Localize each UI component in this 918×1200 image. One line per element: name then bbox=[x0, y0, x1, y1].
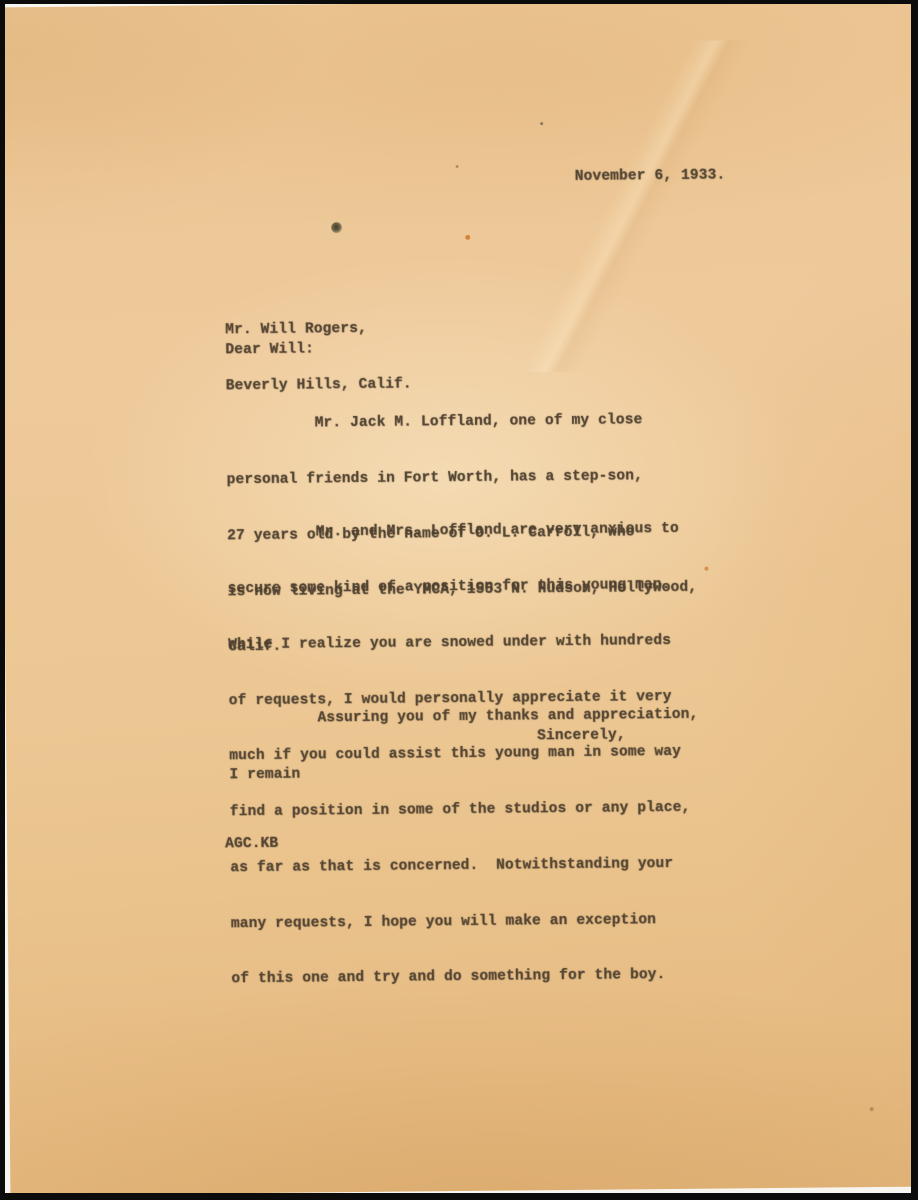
letter-line: While I realize you are snowed under wit… bbox=[228, 632, 689, 655]
letter-line: secure some kind of a position for this … bbox=[228, 576, 689, 599]
letter-line: Mr. Jack M. Loffland, one of my close bbox=[226, 411, 696, 434]
signoff: Sincerely, bbox=[537, 726, 626, 745]
paper-speck bbox=[465, 235, 470, 240]
paper-speck bbox=[870, 1107, 874, 1111]
paper-crease bbox=[419, 39, 842, 373]
letter-paper: November 6, 1933. Mr. Will Rogers, Bever… bbox=[5, 4, 911, 1193]
letter-line: Assuring you of my thanks and appreciati… bbox=[229, 706, 699, 729]
recipient-name: Mr. Will Rogers, bbox=[225, 320, 411, 340]
typist-initials: AGC.KB bbox=[225, 835, 278, 854]
letter-line: I remain bbox=[229, 762, 699, 785]
letter-line: many requests, I hope you will make an e… bbox=[231, 910, 692, 933]
scan-border-frame: November 6, 1933. Mr. Will Rogers, Bever… bbox=[0, 0, 918, 1200]
paragraph-3: Assuring you of my thanks and appreciati… bbox=[228, 669, 699, 822]
paper-speck bbox=[540, 122, 543, 125]
paper-speck bbox=[456, 165, 459, 168]
scan-background: November 6, 1933. Mr. Will Rogers, Bever… bbox=[5, 4, 911, 1193]
ink-spot bbox=[331, 222, 342, 233]
salutation: Dear Will: bbox=[225, 340, 314, 359]
letter-date: November 6, 1933. bbox=[575, 166, 726, 186]
letter-line: of this one and try and do something for… bbox=[231, 966, 692, 989]
letter-line: Mr. and Mrs. Loffland are very anxious t… bbox=[227, 520, 688, 543]
paper-speck bbox=[704, 567, 708, 571]
letter-line: as far as that is concerned. Notwithstan… bbox=[230, 855, 691, 878]
